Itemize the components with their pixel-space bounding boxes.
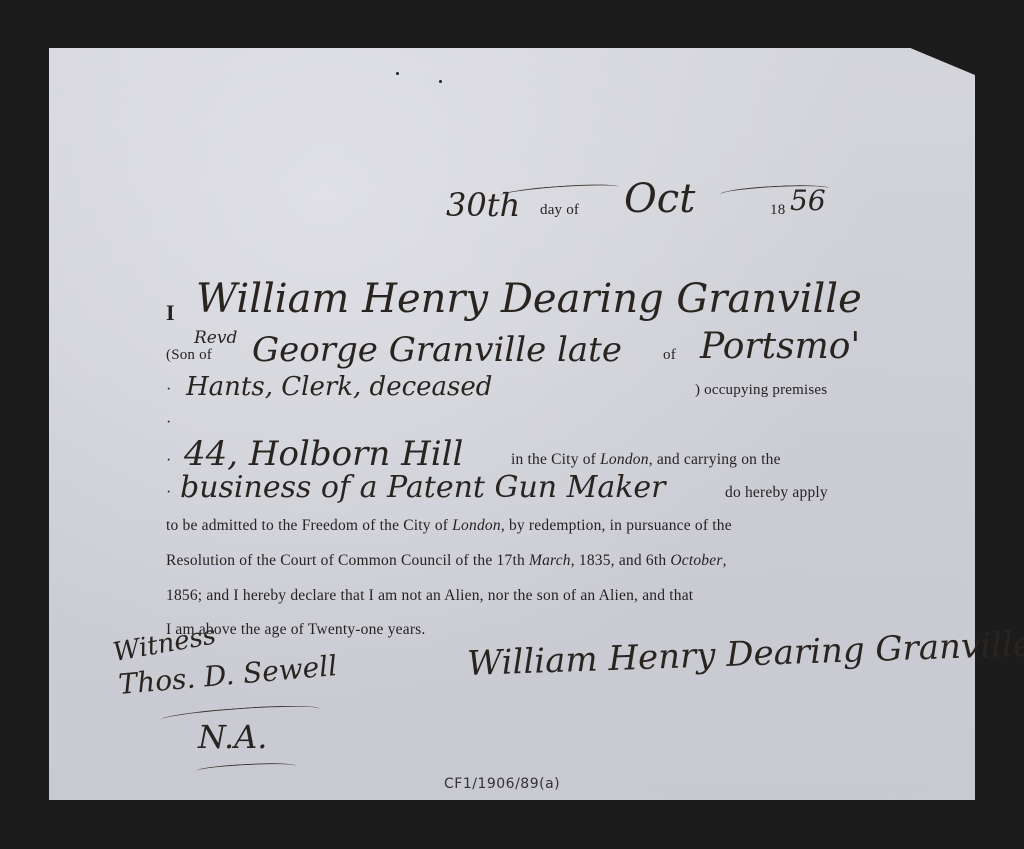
father-place-continued-handwritten: Hants, Clerk, deceased — [186, 372, 492, 402]
occupying-premises-label: ) occupying premises — [695, 382, 827, 399]
body-line-1: to be admitted to the Freedom of the Cit… — [166, 517, 732, 535]
body-line-2: Resolution of the Court of Common Counci… — [166, 552, 727, 570]
of-label: of — [663, 347, 676, 364]
do-hereby-apply-label: do hereby apply — [725, 484, 828, 502]
business-handwritten: business of a Patent Gun Maker — [180, 470, 666, 505]
margin-dot: · — [166, 414, 172, 432]
address-handwritten: 44, Holborn Hill — [184, 434, 463, 474]
witness-initials-handwritten: N.A. — [198, 718, 267, 756]
body-line-3: 1856; and I hereby declare that I am not… — [166, 587, 693, 605]
premises-text-1: in the City of — [511, 451, 600, 468]
body-line-1-london: London — [452, 517, 501, 534]
body-line-2c: , — [723, 552, 727, 569]
margin-dot: · — [166, 452, 172, 470]
premises-london: London — [600, 451, 649, 468]
year-suffix-handwritten: 56 — [790, 184, 826, 217]
margin-dot: · — [166, 484, 172, 502]
body-line-1a: to be admitted to the Freedom of the Cit… — [166, 517, 452, 534]
printed-I: I — [166, 300, 175, 326]
premises-text: in the City of London, and carrying on t… — [511, 451, 781, 469]
date-month-handwritten: Oct — [624, 176, 695, 222]
archive-reference: CF1/1906/89(a) — [444, 776, 560, 792]
day-of-label: day of — [540, 202, 579, 219]
father-name-handwritten: George Granville late — [252, 330, 622, 370]
son-of-label: (Son of — [166, 347, 212, 364]
margin-dot: · — [166, 381, 172, 399]
year-prefix: 18 — [770, 202, 785, 219]
ink-spot — [439, 80, 442, 83]
body-line-1b: , by redemption, in pursuance of the — [501, 517, 732, 534]
applicant-name-handwritten: William Henry Dearing Granville — [196, 276, 862, 322]
body-line-2b: , 1835, and 6th — [571, 552, 671, 569]
ink-spot — [396, 72, 399, 75]
body-line-2-march: March — [529, 552, 571, 569]
father-title-handwritten: Revd — [194, 328, 237, 348]
premises-text-2: , and carrying on the — [649, 451, 781, 468]
body-line-2a: Resolution of the Court of Common Counci… — [166, 552, 529, 569]
father-place-handwritten: Portsmo' — [700, 326, 860, 367]
body-line-2-october: October — [670, 552, 722, 569]
